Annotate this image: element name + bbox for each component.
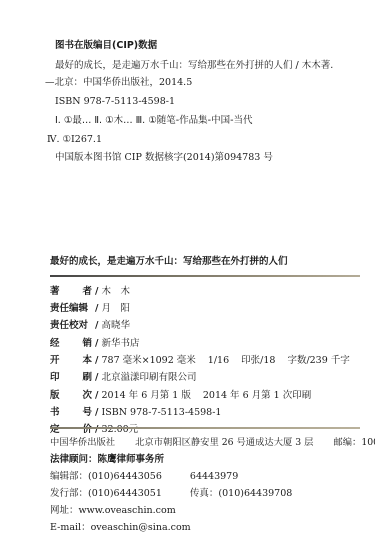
cip-classification-number: Ⅳ. ①I267.1	[47, 134, 102, 146]
separator: /	[95, 303, 98, 315]
cip-record-note: 中国版本图书馆 CIP 数据核字(2014)第094783 号	[55, 152, 273, 164]
email-link[interactable]: E-mail：oveaschin@sina.com	[50, 522, 191, 534]
detail-value: 北京溢漾印刷有限公司	[101, 372, 196, 384]
detail-key: 责任编辑	[50, 303, 92, 315]
publisher-address-line: 中国华侨出版社北京市朝阳区静安里 26 号通成达大厦 3 层邮编：100028	[50, 437, 375, 449]
publisher-postcode: 邮编：100028	[333, 437, 375, 448]
sales-dept-line: 发行部：(010)64443051传真：(010)64439708	[50, 488, 292, 500]
separator: /	[95, 390, 98, 402]
cip-isbn: ISBN 978-7-5113-4598-1	[55, 96, 175, 108]
detail-value: 月 阳	[101, 303, 130, 315]
detail-format-size: 1/16	[208, 355, 229, 367]
key-char: 定	[50, 424, 60, 436]
key-char: 者	[82, 286, 92, 298]
editorial-phone: 编辑部：(010)64443056	[50, 471, 162, 482]
publisher-name: 中国华侨出版社	[50, 437, 115, 448]
detail-key: 经销	[50, 338, 92, 350]
detail-value: 木 木	[101, 286, 130, 298]
detail-row-distributor: 经销 / 新华书店	[50, 338, 140, 350]
key-char: 著	[50, 286, 60, 298]
detail-key: 印刷	[50, 372, 92, 384]
detail-value: 2014 年 6 月第 1 版	[101, 390, 190, 402]
separator: /	[95, 286, 98, 298]
detail-key: 书号	[50, 407, 92, 419]
detail-key: 版次	[50, 390, 92, 402]
cip-title-line: 最好的成长，是走遍万水千山：写给那些在外打拼的人们 / 木木著.	[55, 60, 333, 72]
key-char: 价	[82, 424, 92, 436]
detail-value: 高晓华	[101, 320, 130, 332]
key-char: 次	[82, 390, 92, 402]
detail-value: 新华书店	[101, 338, 139, 350]
cip-classification: Ⅰ. ①最… Ⅱ. ①木… Ⅲ. ①随笔-作品集-中国-当代	[55, 115, 253, 127]
detail-value: ISBN 978-7-5113-4598-1	[101, 407, 221, 419]
separator: /	[95, 355, 98, 367]
fax-number: 传真：(010)64439708	[190, 488, 292, 499]
separator: /	[95, 320, 98, 332]
detail-key: 责任校对	[50, 320, 92, 332]
detail-key: 定价	[50, 424, 92, 436]
key-char: 号	[82, 407, 92, 419]
key-char: 版	[50, 390, 60, 402]
detail-row-edition: 版次 / 2014 年 6 月第 1 版 2014 年 6 月第 1 次印刷	[50, 390, 311, 402]
separator: /	[95, 407, 98, 419]
separator: /	[95, 424, 98, 436]
editorial-dept-line: 编辑部：(010)6444305664443979	[50, 471, 238, 483]
detail-value: 32.00元	[101, 424, 138, 436]
divider-top	[50, 275, 360, 277]
divider-bottom	[50, 427, 360, 429]
detail-row-printer: 印刷 / 北京溢漾印刷有限公司	[50, 372, 197, 384]
key-char: 刷	[82, 372, 92, 384]
key-char: 销	[82, 338, 92, 350]
detail-word-count: 字数/239 千字	[287, 355, 349, 367]
detail-printing: 2014 年 6 月第 1 次印刷	[203, 390, 311, 402]
website-link[interactable]: 网址：www.oveaschin.com	[50, 505, 176, 517]
detail-row-proofreader: 责任校对 / 高晓华	[50, 320, 130, 332]
detail-key: 开本	[50, 355, 92, 367]
key-char: 经	[50, 338, 60, 350]
detail-row-isbn: 书号 / ISBN 978-7-5113-4598-1	[50, 407, 221, 419]
detail-sheets: 印张/18	[241, 355, 275, 367]
key-char: 书	[50, 407, 60, 419]
key-char: 印	[50, 372, 60, 384]
editorial-phone-2: 64443979	[190, 471, 238, 482]
cip-heading: 图书在版编目(CIP)数据	[55, 40, 157, 52]
legal-counsel: 法律顾问：陈鹰律师事务所	[50, 454, 164, 466]
book-title: 最好的成长，是走遍万水千山：写给那些在外打拼的人们	[50, 256, 288, 268]
detail-value: 787 毫米×1092 毫米	[101, 355, 195, 367]
key-char: 开	[50, 355, 60, 367]
cip-publisher-line: —北京：中国华侨出版社，2014.5	[45, 77, 192, 89]
sales-phone: 发行部：(010)64443051	[50, 488, 162, 499]
detail-row-editor: 责任编辑 / 月 阳	[50, 303, 130, 315]
detail-row-format: 开本 / 787 毫米×1092 毫米 1/16 印张/18 字数/239 千字	[50, 355, 350, 367]
publisher-address: 北京市朝阳区静安里 26 号通成达大厦 3 层	[135, 437, 313, 448]
detail-row-author: 著者 / 木 木	[50, 286, 130, 298]
key-char: 本	[82, 355, 92, 367]
separator: /	[95, 372, 98, 384]
separator: /	[95, 338, 98, 350]
detail-key: 著者	[50, 286, 92, 298]
detail-row-price: 定价 / 32.00元	[50, 424, 138, 436]
